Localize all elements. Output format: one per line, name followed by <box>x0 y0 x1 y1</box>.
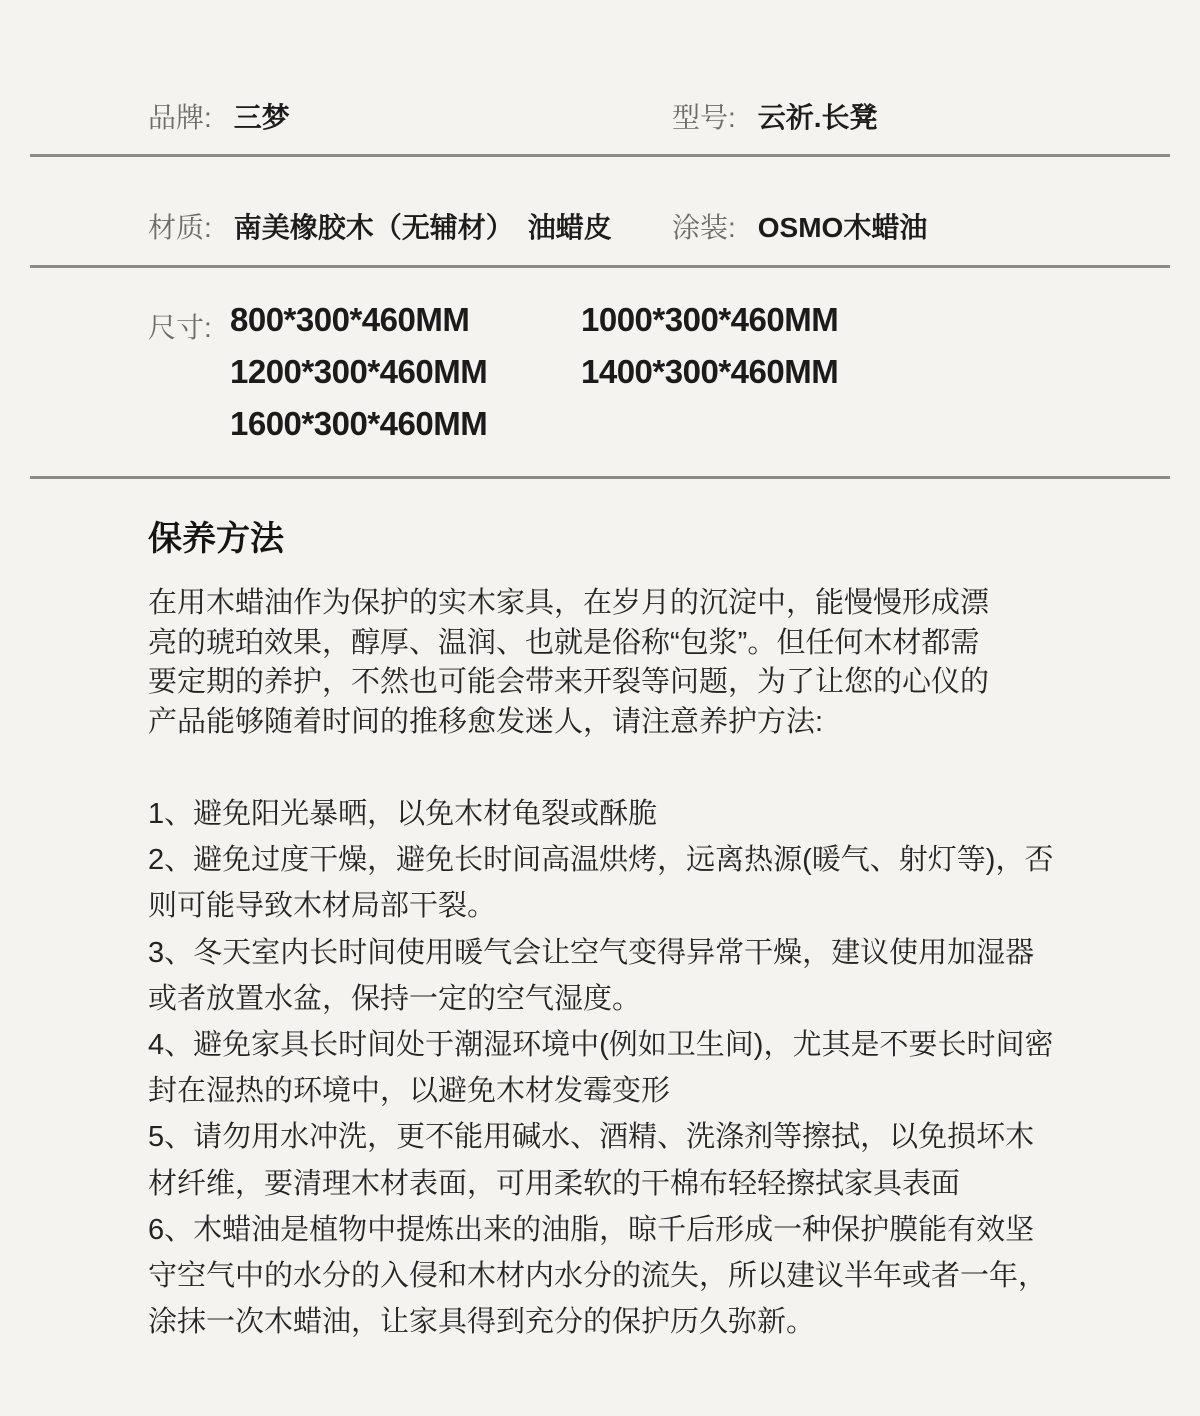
text-line: 4、避免家具长时间处于潮湿环境中(例如卫生间)，尤其是不要长时间密 <box>148 1022 1053 1068</box>
size-option: 1600*300*460MM <box>230 407 581 441</box>
model-label: 型号: <box>672 102 736 133</box>
section-divider <box>30 154 1170 157</box>
coating-value: OSMO木蜡油 <box>758 212 928 243</box>
material-row: 材质:南美橡胶木（无辅材） 油蜡皮 <box>148 206 612 246</box>
care-list-item: 4、避免家具长时间处于潮湿环境中(例如卫生间)，尤其是不要长时间密封在湿热的环境… <box>148 1022 1053 1114</box>
model-value: 云祈.长凳 <box>758 102 878 133</box>
text-line: 则可能导致木材局部干裂。 <box>148 883 1053 929</box>
text-line: 封在湿热的环境中，以避免木材发霉变形 <box>148 1068 1053 1114</box>
text-line: 材纤维，要清理木材表面，可用柔软的干棉布轻轻擦拭家具表面 <box>148 1161 1053 1207</box>
brand-row: 品牌:三梦 <box>148 96 290 136</box>
care-instructions-list: 1、避免阳光暴晒，以免木材龟裂或酥脆 2、避免过度干燥，避免长时间高温烘烤，远离… <box>148 791 1053 1345</box>
text-line: 5、请勿用水冲洗，更不能用碱水、酒精、洗涤剂等擦拭，以免损坏木 <box>148 1114 1053 1160</box>
care-list-item: 3、冬天室内长时间使用暖气会让空气变得异常干燥，建议使用加湿器或者放置水盆，保持… <box>148 930 1053 1022</box>
care-list-item: 2、避免过度干燥，避免长时间高温烘烤，远离热源(暖气、射灯等)，否则可能导致木材… <box>148 837 1053 929</box>
size-option: 1200*300*460MM <box>230 355 581 389</box>
text-line: 1、避免阳光暴晒，以免木材龟裂或酥脆 <box>148 791 1053 837</box>
care-list-item: 5、请勿用水冲洗，更不能用碱水、酒精、洗涤剂等擦拭，以免损坏木材纤维，要清理木材… <box>148 1114 1053 1206</box>
material-label: 材质: <box>148 212 212 243</box>
text-line: 或者放置水盆，保持一定的空气湿度。 <box>148 976 1053 1022</box>
text-line: 3、冬天室内长时间使用暖气会让空气变得异常干燥，建议使用加湿器 <box>148 930 1053 976</box>
brand-value: 三梦 <box>234 102 290 133</box>
section-divider <box>30 265 1170 268</box>
product-detail-page: 品牌:三梦 型号:云祈.长凳 材质:南美橡胶木（无辅材） 油蜡皮 涂装:OSMO… <box>0 0 1200 1416</box>
text-line: 产品能够随着时间的推移愈发迷人，请注意养护方法: <box>148 703 989 743</box>
coating-row: 涂装:OSMO木蜡油 <box>672 206 927 246</box>
text-line: 涂抹一次木蜡油，让家具得到充分的保护历久弥新。 <box>148 1299 1053 1345</box>
text-line: 2、避免过度干燥，避免长时间高温烘烤，远离热源(暖气、射灯等)，否 <box>148 837 1053 883</box>
care-intro-paragraph: 在用木蜡油作为保护的实木家具，在岁月的沉淀中，能慢慢形成漂亮的琥珀效果，醇厚、温… <box>148 584 989 742</box>
size-option: 1400*300*460MM <box>581 355 838 389</box>
coating-label: 涂装: <box>672 212 736 243</box>
text-line: 守空气中的水分的入侵和木材内水分的流失，所以建议半年或者一年， <box>148 1253 1053 1299</box>
text-line: 要定期的养护，不然也可能会带来开裂等问题，为了让您的心仪的 <box>148 663 989 703</box>
text-line: 6、木蜡油是植物中提炼出来的油脂，晾千后形成一种保护膜能有效坚 <box>148 1207 1053 1253</box>
brand-label: 品牌: <box>148 102 212 133</box>
care-list-item: 6、木蜡油是植物中提炼出来的油脂，晾千后形成一种保护膜能有效坚守空气中的水分的入… <box>148 1207 1053 1346</box>
text-line: 在用木蜡油作为保护的实木家具，在岁月的沉淀中，能慢慢形成漂 <box>148 584 989 624</box>
size-label: 尺寸: <box>148 306 230 346</box>
size-row: 尺寸: 800*300*460MM 1000*300*460MM 1200*30… <box>148 303 838 441</box>
text-line: 亮的琥珀效果，醇厚、温润、也就是俗称“包浆”。但任何木材都需 <box>148 624 989 664</box>
size-option: 1000*300*460MM <box>581 303 838 337</box>
care-list-item: 1、避免阳光暴晒，以免木材龟裂或酥脆 <box>148 791 1053 837</box>
size-options: 800*300*460MM 1000*300*460MM 1200*300*46… <box>230 303 838 441</box>
material-value: 南美橡胶木（无辅材） 油蜡皮 <box>234 212 612 243</box>
size-option: 800*300*460MM <box>230 303 581 337</box>
care-section-title: 保养方法 <box>148 511 284 560</box>
section-divider <box>30 476 1170 479</box>
model-row: 型号:云祈.长凳 <box>672 96 878 136</box>
